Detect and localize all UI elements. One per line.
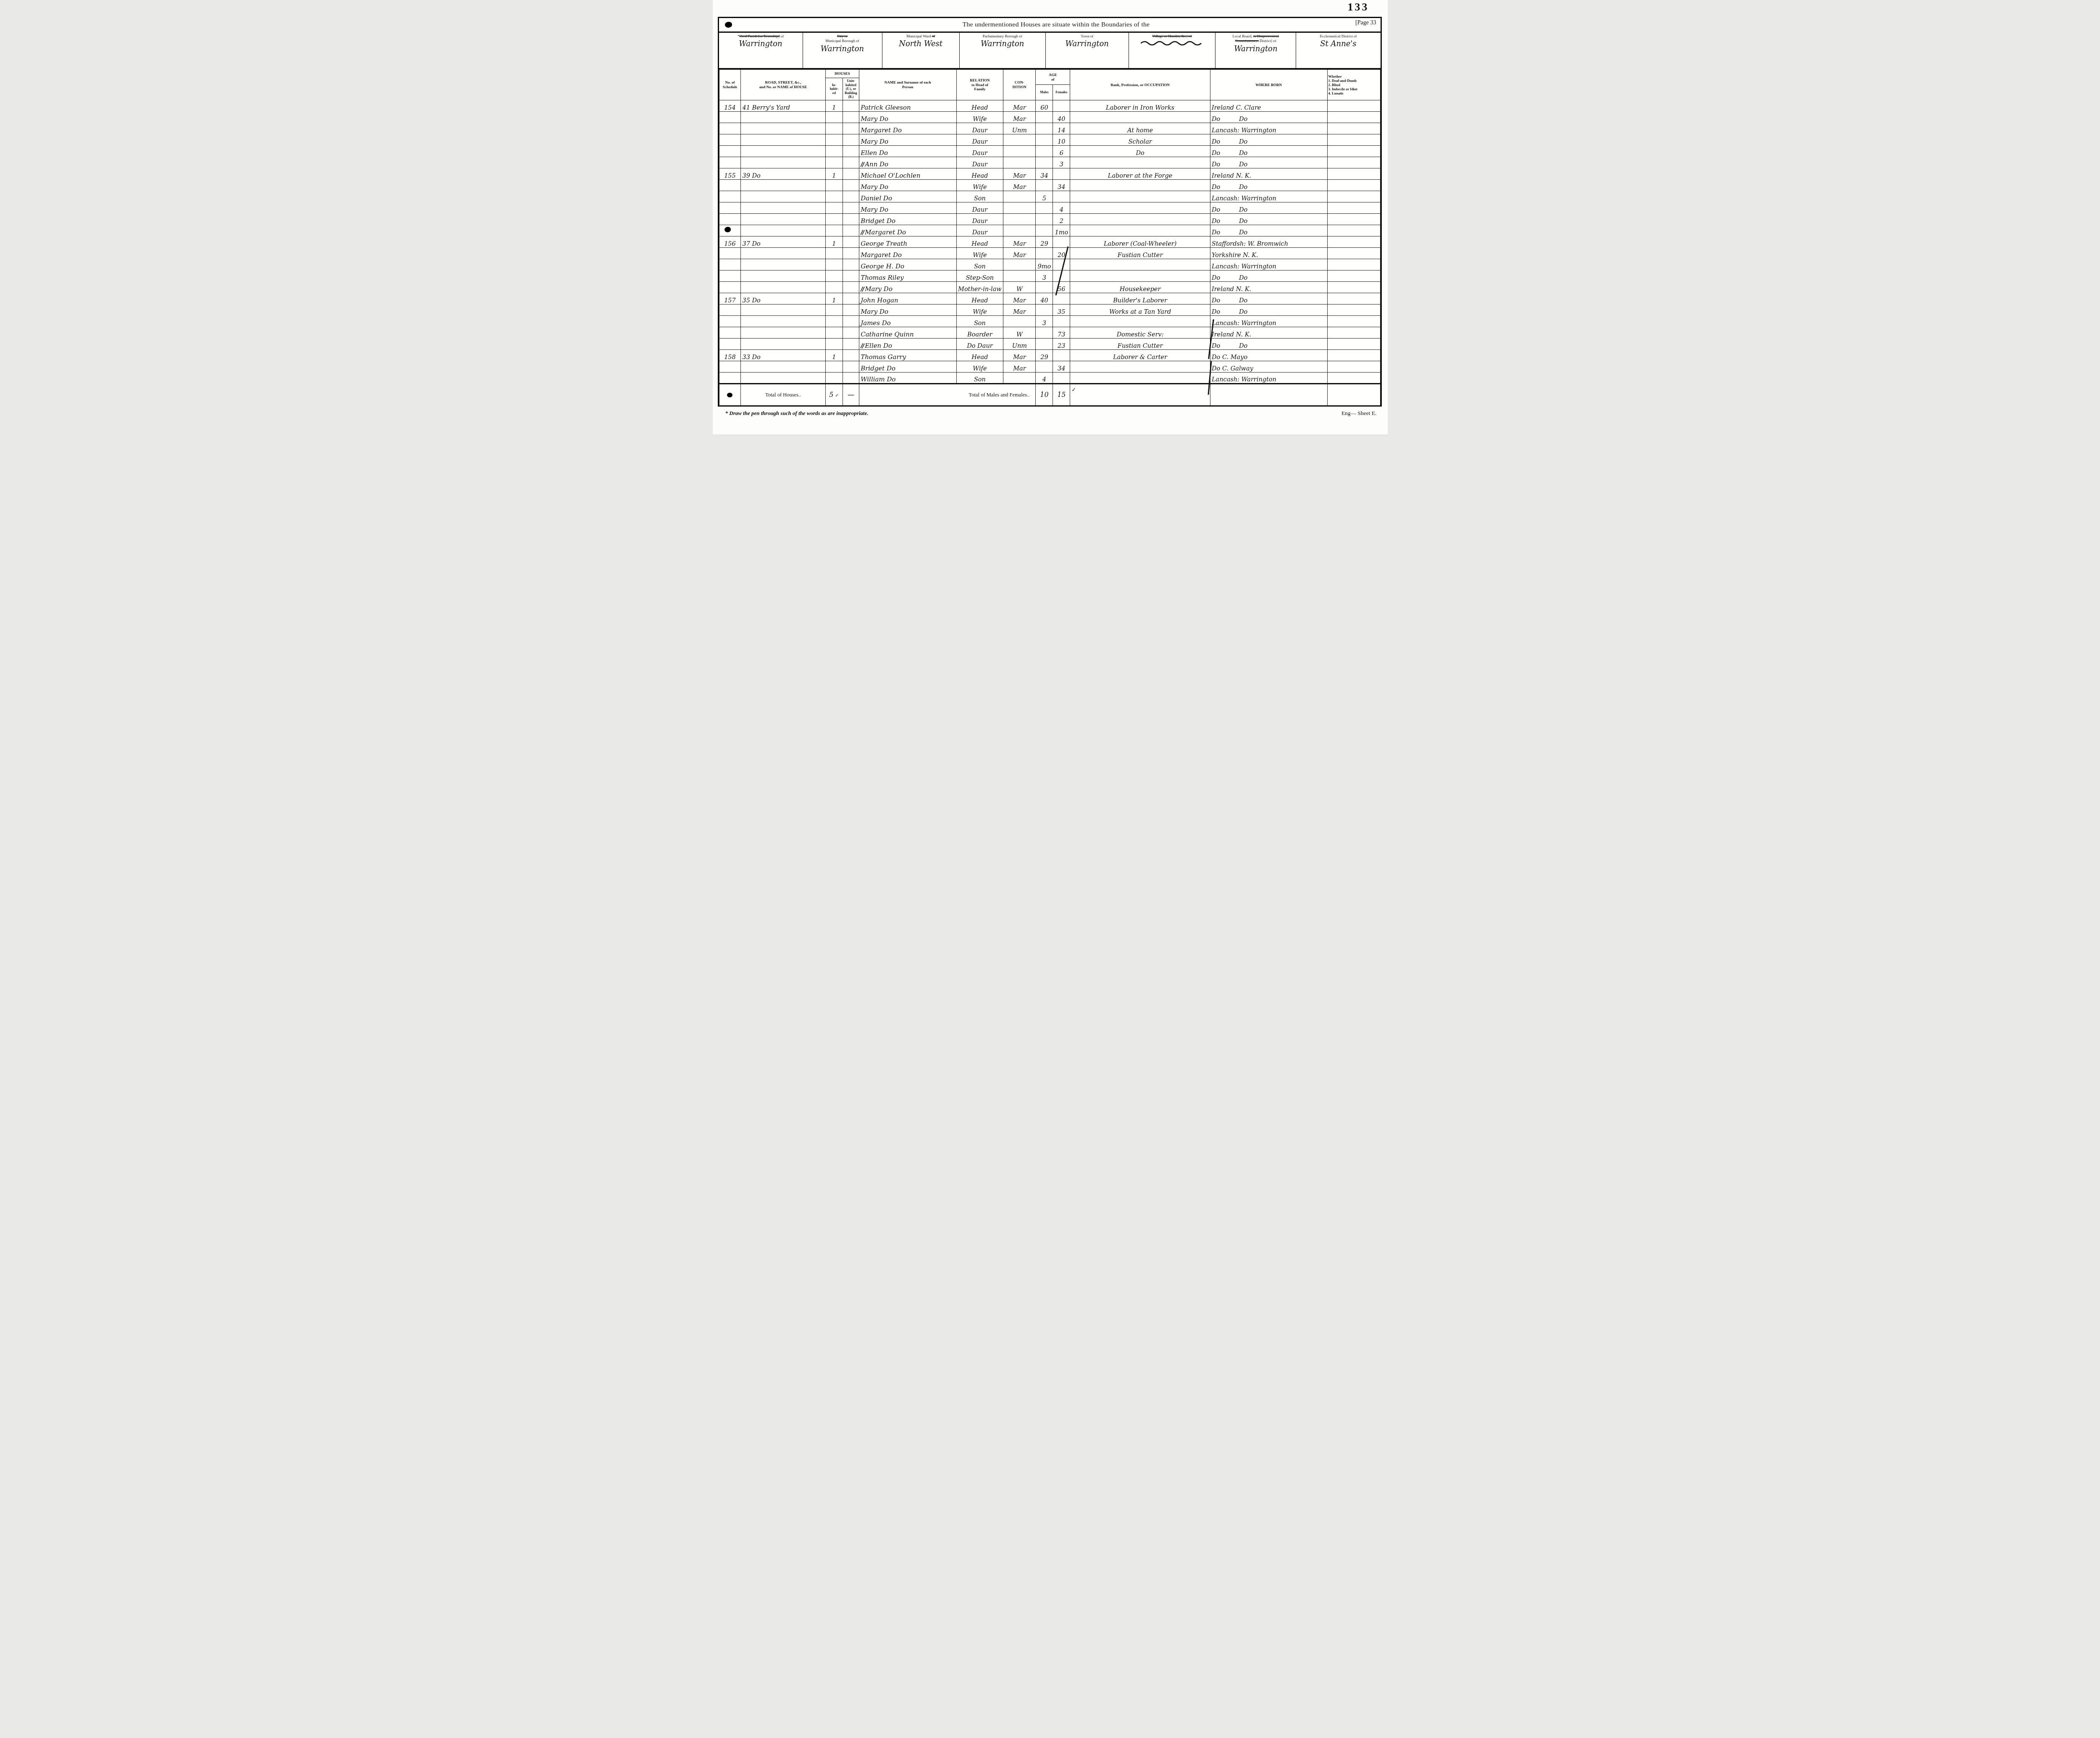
cell-schedule: 158	[719, 349, 741, 361]
household-separator: ∕∕	[860, 286, 864, 293]
cell-name: Ellen Do	[859, 145, 956, 157]
cell-born: Do Do	[1210, 293, 1327, 304]
cell-condition	[1003, 157, 1036, 168]
cell-occupation	[1070, 202, 1210, 213]
cell-name: James Do	[859, 315, 956, 327]
cell-uninh	[843, 315, 859, 327]
person-row-12: 15637 Do1George TreathHeadMar29Laborer (…	[719, 236, 1380, 247]
cell-schedule	[719, 304, 741, 315]
cell-name: Daniel Do	[859, 191, 956, 202]
cell-condition: Mar	[1003, 361, 1036, 372]
cell-relation: Daur	[956, 225, 1003, 236]
cell-inh: 1	[825, 293, 843, 304]
cell-age_f	[1053, 372, 1070, 383]
col-uninhabited: Unin- habited (U.), or Building (B.)	[843, 78, 859, 100]
person-row-3: Mary DoDaur10ScholarDo Do	[719, 134, 1380, 145]
cell-relation: Son	[956, 315, 1003, 327]
cell-age_m: 34	[1036, 168, 1053, 179]
cell-condition: W	[1003, 281, 1036, 293]
cell-uninh	[843, 225, 859, 236]
cell-road	[741, 247, 825, 259]
district-label: Town of	[1081, 34, 1093, 39]
cell-wh	[1327, 361, 1380, 372]
district-box-0: *Civil Parish [or Township] ofWarrington	[719, 33, 803, 68]
cell-name: Margaret Do	[859, 123, 956, 134]
cell-condition	[1003, 270, 1036, 281]
cell-occupation	[1070, 372, 1210, 383]
cell-relation: Daur	[956, 202, 1003, 213]
cell-occupation	[1070, 361, 1210, 372]
cell-condition	[1003, 145, 1036, 157]
cell-inh	[825, 281, 843, 293]
cell-age_m	[1036, 123, 1053, 134]
cell-born: Do Do	[1210, 304, 1327, 315]
person-rows: 15441 Berry's Yard1Patrick GleesonHeadMa…	[719, 100, 1380, 383]
cell-relation: Daur	[956, 213, 1003, 225]
cell-age_f: 34	[1053, 361, 1070, 372]
cell-road	[741, 372, 825, 383]
cell-age_f: 20	[1053, 247, 1070, 259]
cell-uninh	[843, 236, 859, 247]
cell-born: Yorkshire N. K.	[1210, 247, 1327, 259]
cell-age_m	[1036, 361, 1053, 372]
col-relation: RELATION to Head of Family	[956, 70, 1003, 100]
cell-schedule	[719, 338, 741, 349]
cell-road	[741, 145, 825, 157]
footnote: * Draw the pen through such of the words…	[725, 410, 869, 417]
district-box-1: City orMunicipal Borough ofWarrington	[803, 33, 882, 68]
cell-age_m	[1036, 145, 1053, 157]
cell-inh	[825, 361, 843, 372]
cell-occupation	[1070, 179, 1210, 191]
cell-born: Lancash: Warrington	[1210, 372, 1327, 383]
cell-born: Do Do	[1210, 270, 1327, 281]
cell-name: ∕∕Ellen Do	[859, 338, 956, 349]
cell-uninh	[843, 179, 859, 191]
cell-born: Lancash: Warrington	[1210, 123, 1327, 134]
district-label: Local Board, or [ImprovementCommissioner…	[1233, 34, 1279, 44]
cell-born: Do Do	[1210, 338, 1327, 349]
cell-age_m: 29	[1036, 236, 1053, 247]
cell-name: Mary Do	[859, 134, 956, 145]
person-row-6: 15539 Do1Michael O'LochlenHeadMar34Labor…	[719, 168, 1380, 179]
cell-age_f	[1053, 100, 1070, 111]
cell-schedule: 155	[719, 168, 741, 179]
person-row-1: Mary DoWifeMar40Do Do	[719, 111, 1380, 123]
column-headers: No. of Schedule ROAD, STREET, &c., and N…	[719, 70, 1380, 100]
cell-uninh	[843, 304, 859, 315]
ink-blot	[724, 227, 731, 232]
col-occupation: Rank, Profession, or OCCUPATION	[1070, 70, 1210, 100]
cell-inh: 1	[825, 168, 843, 179]
cell-uninh	[843, 100, 859, 111]
cell-name: Bridget Do	[859, 213, 956, 225]
cell-age_m: 60	[1036, 100, 1053, 111]
cell-schedule	[719, 361, 741, 372]
cell-born: Ireland N. K.	[1210, 327, 1327, 338]
cell-road	[741, 315, 825, 327]
cell-occupation: Laborer in Iron Works	[1070, 100, 1210, 111]
cell-relation: Head	[956, 168, 1003, 179]
cell-schedule	[719, 259, 741, 270]
cell-wh	[1327, 372, 1380, 383]
cell-inh	[825, 270, 843, 281]
cell-relation: Son	[956, 191, 1003, 202]
cell-age_m	[1036, 327, 1053, 338]
col-condition: CON- DITION	[1003, 70, 1036, 100]
cell-age_f: 40	[1053, 111, 1070, 123]
cell-occupation	[1070, 259, 1210, 270]
cell-name: Bridget Do	[859, 361, 956, 372]
cell-condition	[1003, 225, 1036, 236]
cell-road: 39 Do	[741, 168, 825, 179]
cell-occupation	[1070, 157, 1210, 168]
cell-schedule	[719, 247, 741, 259]
cell-road: 33 Do	[741, 349, 825, 361]
cell-name: Catharine Quinn	[859, 327, 956, 338]
cell-uninh	[843, 145, 859, 157]
cell-schedule	[719, 327, 741, 338]
total-houses-inhabited: 5✓	[825, 383, 843, 405]
district-value	[1141, 39, 1204, 48]
total-houses-uninhabited: —	[843, 383, 859, 405]
cell-wh	[1327, 349, 1380, 361]
cell-inh	[825, 259, 843, 270]
cell-road: 35 Do	[741, 293, 825, 304]
district-value: Warrington	[1066, 39, 1109, 48]
cell-age_f: 14	[1053, 123, 1070, 134]
cell-inh	[825, 191, 843, 202]
census-page: 133 The undermentioned Houses are situat…	[713, 0, 1388, 434]
cell-wh	[1327, 270, 1380, 281]
cell-schedule	[719, 315, 741, 327]
cell-road	[741, 157, 825, 168]
district-label: Parliamentary Borough of	[983, 34, 1022, 39]
totals-born-empty	[1210, 383, 1327, 405]
cell-uninh	[843, 168, 859, 179]
district-label: Village or Hamlet, &c., of	[1152, 34, 1192, 39]
cell-inh: 1	[825, 349, 843, 361]
cell-uninh	[843, 202, 859, 213]
col-males: Males	[1036, 85, 1053, 100]
cell-born: Ireland N. K.	[1210, 168, 1327, 179]
cell-age_f: 2	[1053, 213, 1070, 225]
col-age-group: AGE of	[1036, 70, 1070, 85]
cell-name: William Do	[859, 372, 956, 383]
cell-schedule: 154	[719, 100, 741, 111]
cell-condition: Unm	[1003, 123, 1036, 134]
cell-relation: Wife	[956, 247, 1003, 259]
cell-uninh	[843, 270, 859, 281]
cell-condition: Mar	[1003, 349, 1036, 361]
cell-born: Do Do	[1210, 111, 1327, 123]
title-row: The undermentioned Houses are situate wi…	[719, 18, 1381, 33]
cell-age_f: 4	[1053, 202, 1070, 213]
cell-wh	[1327, 168, 1380, 179]
cell-schedule	[719, 123, 741, 134]
cell-uninh	[843, 327, 859, 338]
cell-schedule	[719, 191, 741, 202]
ink-blot	[725, 22, 732, 28]
cell-road	[741, 123, 825, 134]
cell-born: Ireland C. Clare	[1210, 100, 1327, 111]
cell-uninh	[843, 111, 859, 123]
col-inhabited: In- habit- ed	[825, 78, 843, 100]
district-box-6: Local Board, or [ImprovementCommissioner…	[1215, 33, 1296, 68]
cell-relation: Head	[956, 236, 1003, 247]
district-value: Warrington	[1234, 45, 1277, 53]
cell-relation: Wife	[956, 111, 1003, 123]
cell-age_m: 3	[1036, 270, 1053, 281]
cell-road	[741, 259, 825, 270]
cell-road: 37 Do	[741, 236, 825, 247]
cell-uninh	[843, 338, 859, 349]
cell-name: ∕∕Ann Do	[859, 157, 956, 168]
cell-wh	[1327, 100, 1380, 111]
cell-born: Do C. Galway	[1210, 361, 1327, 372]
cell-inh	[825, 202, 843, 213]
cell-age_f	[1053, 349, 1070, 361]
cell-road	[741, 179, 825, 191]
cell-relation: Daur	[956, 145, 1003, 157]
cell-road	[741, 361, 825, 372]
cell-wh	[1327, 111, 1380, 123]
person-row-9: Mary DoDaur4Do Do	[719, 202, 1380, 213]
cell-age_m: 9mo	[1036, 259, 1053, 270]
cell-age_m	[1036, 134, 1053, 145]
cell-age_m	[1036, 111, 1053, 123]
cell-schedule	[719, 134, 741, 145]
person-row-7: Mary DoWifeMar34Do Do	[719, 179, 1380, 191]
district-box-3: Parliamentary Borough ofWarrington	[960, 33, 1046, 68]
cell-name: George H. Do	[859, 259, 956, 270]
cell-uninh	[843, 157, 859, 168]
district-label: City orMunicipal Borough of	[825, 34, 859, 44]
cell-condition	[1003, 315, 1036, 327]
district-label: *Civil Parish [or Township] of	[738, 34, 784, 39]
cell-condition	[1003, 213, 1036, 225]
cell-occupation: Laborer & Carter	[1070, 349, 1210, 361]
cell-occupation	[1070, 225, 1210, 236]
person-row-5: ∕∕Ann DoDaur3Do Do	[719, 157, 1380, 168]
cell-age_f: 35	[1053, 304, 1070, 315]
cell-age_m: 4	[1036, 372, 1053, 383]
cell-uninh	[843, 123, 859, 134]
cell-inh	[825, 327, 843, 338]
person-row-16: ∕∕Mary DoMother-in-lawW56HousekeeperIrel…	[719, 281, 1380, 293]
col-whether: Whether 1. Deaf-and-Dumb 2. Blind 3. Imb…	[1327, 70, 1380, 100]
cell-occupation	[1070, 270, 1210, 281]
page-reference: [Page 33	[1355, 20, 1376, 26]
cell-condition: Mar	[1003, 179, 1036, 191]
cell-age_m	[1036, 338, 1053, 349]
household-separator: ∕∕	[860, 343, 864, 350]
district-header-row: *Civil Parish [or Township] ofWarrington…	[719, 33, 1381, 69]
cell-occupation: Builder's Laborer	[1070, 293, 1210, 304]
page-number: 133	[1348, 1, 1369, 13]
cell-age_f: 34	[1053, 179, 1070, 191]
cell-schedule	[719, 281, 741, 293]
cell-inh	[825, 225, 843, 236]
cell-wh	[1327, 327, 1380, 338]
cell-inh	[825, 247, 843, 259]
district-label: Ecclesiastical District of	[1320, 34, 1357, 39]
squiggle-mark	[1141, 39, 1204, 46]
cell-inh	[825, 134, 843, 145]
cell-wh	[1327, 225, 1380, 236]
sheet-footer: * Draw the pen through such of the words…	[725, 410, 1377, 417]
cell-born: Do Do	[1210, 134, 1327, 145]
cell-occupation: Do	[1070, 145, 1210, 157]
cell-condition: Mar	[1003, 304, 1036, 315]
cell-occupation: Domestic Serv:	[1070, 327, 1210, 338]
cell-born: Do Do	[1210, 202, 1327, 213]
cell-age_m	[1036, 213, 1053, 225]
totals-marks	[719, 383, 741, 405]
cell-relation: Head	[956, 293, 1003, 304]
cell-inh	[825, 123, 843, 134]
person-row-11: ∕∕Margaret DoDaur1moDo Do	[719, 225, 1380, 236]
person-row-20: Catharine QuinnBoarderW73Domestic Serv:I…	[719, 327, 1380, 338]
cell-age_f: 23	[1053, 338, 1070, 349]
cell-condition	[1003, 259, 1036, 270]
cell-age_m	[1036, 202, 1053, 213]
person-row-23: Bridget DoWifeMar34Do C. Galway	[719, 361, 1380, 372]
cell-uninh	[843, 349, 859, 361]
cell-born: Do C. Mayo	[1210, 349, 1327, 361]
total-females: 15	[1053, 383, 1070, 405]
cell-relation: Daur	[956, 134, 1003, 145]
person-row-18: Mary DoWifeMar35Works at a Tan YardDo Do	[719, 304, 1380, 315]
cell-born: Do Do	[1210, 179, 1327, 191]
cell-uninh	[843, 191, 859, 202]
col-name: NAME and Surname of each Person	[859, 70, 956, 100]
col-road: ROAD, STREET, &c., and No. or NAME of HO…	[741, 70, 825, 100]
cell-occupation	[1070, 213, 1210, 225]
cell-wh	[1327, 202, 1380, 213]
check-icon: ✓	[835, 393, 839, 398]
cell-born: Lancash: Warrington	[1210, 315, 1327, 327]
cell-born: Ireland N. K.	[1210, 281, 1327, 293]
cell-name: Mary Do	[859, 304, 956, 315]
cell-relation: Wife	[956, 304, 1003, 315]
cell-schedule	[719, 157, 741, 168]
cell-uninh	[843, 293, 859, 304]
cell-road	[741, 327, 825, 338]
cell-condition: Mar	[1003, 236, 1036, 247]
cell-inh	[825, 372, 843, 383]
cell-schedule	[719, 372, 741, 383]
person-row-14: George H. DoSon9moLancash: Warrington	[719, 259, 1380, 270]
cell-age_m	[1036, 304, 1053, 315]
cell-inh: 1	[825, 236, 843, 247]
cell-condition	[1003, 191, 1036, 202]
cell-name: Mary Do	[859, 179, 956, 191]
cell-occupation: Scholar	[1070, 134, 1210, 145]
cell-age_m	[1036, 157, 1053, 168]
cell-occupation	[1070, 191, 1210, 202]
cell-age_m	[1036, 247, 1053, 259]
household-separator: ∕∕	[860, 161, 864, 168]
cell-inh	[825, 179, 843, 191]
cell-age_m	[1036, 281, 1053, 293]
cell-schedule: 157	[719, 293, 741, 304]
total-houses-label: Total of Houses..	[741, 383, 825, 405]
district-box-2: Municipal Ward ofNorth West	[882, 33, 960, 68]
cell-occupation: Works at a Tan Yard	[1070, 304, 1210, 315]
cell-condition: Mar	[1003, 293, 1036, 304]
cell-name: Thomas Garry	[859, 349, 956, 361]
cell-relation: Do Daur	[956, 338, 1003, 349]
cell-age_f	[1053, 168, 1070, 179]
cell-inh	[825, 145, 843, 157]
totals-row: Total of Houses.. 5✓ — Total of Males an…	[719, 383, 1380, 405]
cell-road	[741, 213, 825, 225]
cell-condition: Mar	[1003, 100, 1036, 111]
cell-inh	[825, 213, 843, 225]
person-row-22: 15833 Do1Thomas GarryHeadMar29Laborer & …	[719, 349, 1380, 361]
cell-inh	[825, 315, 843, 327]
cell-name: Mary Do	[859, 111, 956, 123]
cell-road	[741, 338, 825, 349]
cell-age_f	[1053, 293, 1070, 304]
cell-wh	[1327, 179, 1380, 191]
cell-age_m: 29	[1036, 349, 1053, 361]
cell-born: Do Do	[1210, 213, 1327, 225]
cell-schedule	[719, 111, 741, 123]
cell-relation: Step-Son	[956, 270, 1003, 281]
cell-inh	[825, 304, 843, 315]
cell-road	[741, 281, 825, 293]
cell-age_f	[1053, 270, 1070, 281]
cell-schedule	[719, 145, 741, 157]
person-row-19: James DoSon3Lancash: Warrington	[719, 315, 1380, 327]
enumeration-table: No. of Schedule ROAD, STREET, &c., and N…	[719, 69, 1381, 405]
cell-uninh	[843, 372, 859, 383]
cell-wh	[1327, 191, 1380, 202]
cell-occupation: Fustian Cutter	[1070, 247, 1210, 259]
district-box-4: Town ofWarrington	[1046, 33, 1129, 68]
cell-age_f	[1053, 191, 1070, 202]
cell-age_m: 40	[1036, 293, 1053, 304]
cell-occupation: Housekeeper	[1070, 281, 1210, 293]
cell-relation: Daur	[956, 123, 1003, 134]
cell-uninh	[843, 361, 859, 372]
cell-condition: Mar	[1003, 247, 1036, 259]
cell-wh	[1327, 157, 1380, 168]
cell-occupation: At home	[1070, 123, 1210, 134]
cell-wh	[1327, 259, 1380, 270]
cell-inh: 1	[825, 100, 843, 111]
cell-schedule	[719, 202, 741, 213]
district-value: Warrington	[821, 45, 864, 53]
person-row-24: William DoSon4Lancash: Warrington	[719, 372, 1380, 383]
cell-relation: Wife	[956, 179, 1003, 191]
col-schedule: No. of Schedule	[719, 70, 741, 100]
district-value: North West	[899, 39, 942, 48]
cell-name: George Treath	[859, 236, 956, 247]
cell-occupation: Laborer at the Forge	[1070, 168, 1210, 179]
person-row-15: Thomas RileyStep-Son3Do Do	[719, 270, 1380, 281]
cell-wh	[1327, 304, 1380, 315]
cell-occupation: Fustian Cutter	[1070, 338, 1210, 349]
cell-uninh	[843, 259, 859, 270]
cell-uninh	[843, 213, 859, 225]
cell-road	[741, 134, 825, 145]
cell-relation: Head	[956, 100, 1003, 111]
cell-wh	[1327, 315, 1380, 327]
person-row-0: 15441 Berry's Yard1Patrick GleesonHeadMa…	[719, 100, 1380, 111]
